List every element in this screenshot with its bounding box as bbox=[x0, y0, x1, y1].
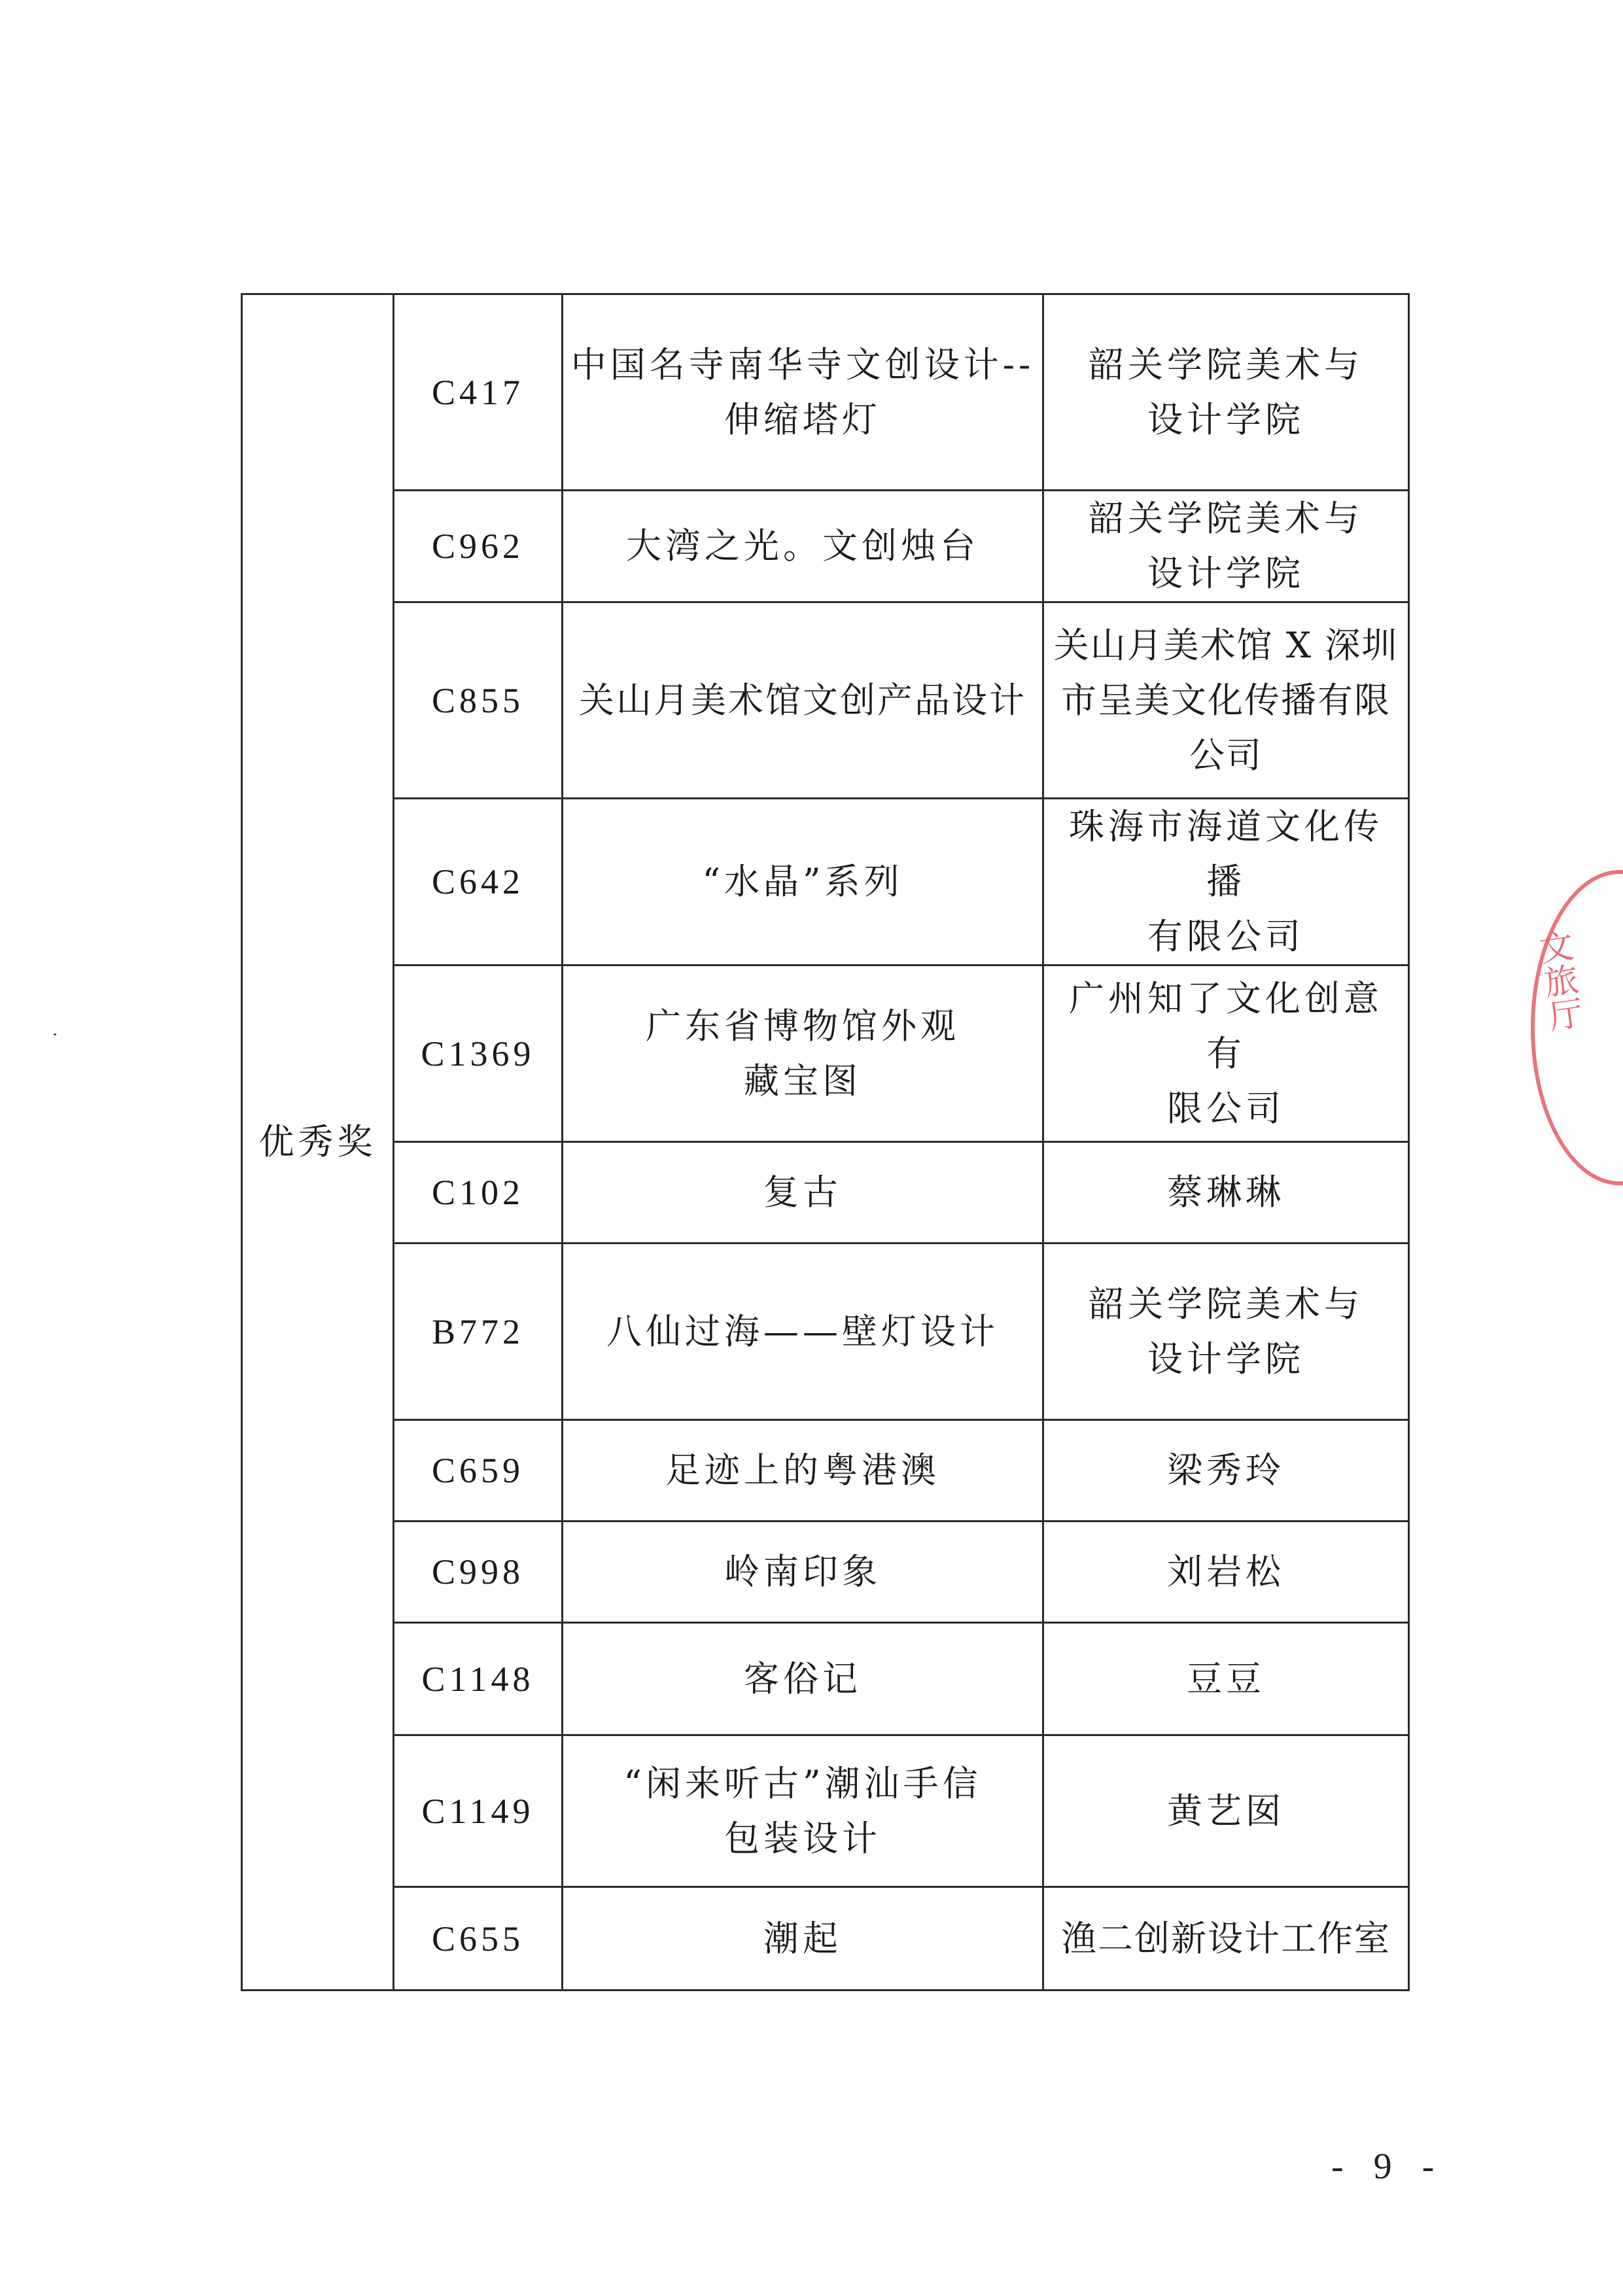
award-category-cell: 优秀奖 bbox=[242, 294, 394, 1991]
entry-code: C102 bbox=[394, 1142, 563, 1244]
org-line: 梁秀玲 bbox=[1051, 1443, 1401, 1498]
table-row: C1149 “闲来听古”潮汕手信 包装设计 黄艺囡 bbox=[242, 1735, 1409, 1887]
entry-code: C1149 bbox=[394, 1735, 563, 1887]
entry-code: C659 bbox=[394, 1420, 563, 1522]
entry-organization: 珠海市海道文化传播 有限公司 bbox=[1043, 799, 1409, 965]
org-line: 有限公司 bbox=[1051, 909, 1401, 964]
entry-title: 关山月美术馆文创产品设计 bbox=[563, 602, 1043, 799]
awards-table: 优秀奖 C417 中国名寺南华寺文创设计-- 伸缩塔灯 韶关学院美术与 设计学院… bbox=[241, 293, 1410, 1991]
title-line: 广东省博物馆外观 bbox=[570, 999, 1036, 1054]
title-line: 足迹上的粤港澳 bbox=[570, 1443, 1036, 1498]
title-line: “水晶”系列 bbox=[570, 854, 1036, 909]
title-line: 八仙过海——壁灯设计 bbox=[570, 1304, 1036, 1359]
org-line: 公司 bbox=[1051, 728, 1401, 783]
entry-code: C998 bbox=[394, 1522, 563, 1623]
entry-organization: 豆豆 bbox=[1043, 1623, 1409, 1735]
page-number: - 9 - bbox=[1331, 2146, 1444, 2187]
entry-organization: 韶关学院美术与 设计学院 bbox=[1043, 491, 1409, 602]
entry-organization: 蔡琳琳 bbox=[1043, 1142, 1409, 1244]
title-line: 岭南印象 bbox=[570, 1544, 1036, 1599]
table-row: C642 “水晶”系列 珠海市海道文化传播 有限公司 bbox=[242, 799, 1409, 965]
org-line: 豆豆 bbox=[1051, 1652, 1401, 1707]
table-row: C1148 客俗记 豆豆 bbox=[242, 1623, 1409, 1735]
table-row: B772 八仙过海——壁灯设计 韶关学院美术与 设计学院 bbox=[242, 1244, 1409, 1420]
org-line: 韶关学院美术与 bbox=[1051, 338, 1401, 392]
table-row: C102 复古 蔡琳琳 bbox=[242, 1142, 1409, 1244]
entry-organization: 刘岩松 bbox=[1043, 1522, 1409, 1623]
entry-title: “闲来听古”潮汕手信 包装设计 bbox=[563, 1735, 1043, 1887]
entry-code: C417 bbox=[394, 294, 563, 491]
entry-code: B772 bbox=[394, 1244, 563, 1420]
entry-organization: 渔二创新设计工作室 bbox=[1043, 1887, 1409, 1991]
document-page: 优秀奖 C417 中国名寺南华寺文创设计-- 伸缩塔灯 韶关学院美术与 设计学院… bbox=[0, 0, 1623, 2296]
title-line: 潮起 bbox=[570, 1911, 1036, 1966]
entry-title: 客俗记 bbox=[563, 1623, 1043, 1735]
org-line: 设计学院 bbox=[1051, 546, 1401, 601]
table-row: C962 大湾之光。文创烛台 韶关学院美术与 设计学院 bbox=[242, 491, 1409, 602]
org-line: 设计学院 bbox=[1051, 392, 1401, 447]
entry-code: C642 bbox=[394, 799, 563, 965]
org-line: 限公司 bbox=[1051, 1081, 1401, 1136]
title-line: 关山月美术馆文创产品设计 bbox=[570, 673, 1036, 728]
org-line: 关山月美术馆 X 深圳 bbox=[1051, 618, 1401, 673]
org-line: 黄艺囡 bbox=[1051, 1784, 1401, 1839]
entry-title: 广东省博物馆外观 藏宝图 bbox=[563, 965, 1043, 1142]
table-row: C1369 广东省博物馆外观 藏宝图 广州知了文化创意有 限公司 bbox=[242, 965, 1409, 1142]
org-line: 市呈美文化传播有限 bbox=[1051, 673, 1401, 728]
title-line: 包装设计 bbox=[570, 1811, 1036, 1866]
entry-code: C855 bbox=[394, 602, 563, 799]
title-line: “闲来听古”潮汕手信 bbox=[570, 1756, 1036, 1811]
entry-code: C1369 bbox=[394, 965, 563, 1142]
entry-title: 复古 bbox=[563, 1142, 1043, 1244]
scan-speck bbox=[54, 1034, 56, 1035]
entry-organization: 韶关学院美术与 设计学院 bbox=[1043, 294, 1409, 491]
table-row: C655 潮起 渔二创新设计工作室 bbox=[242, 1887, 1409, 1991]
org-line: 广州知了文化创意有 bbox=[1051, 971, 1401, 1081]
org-line: 珠海市海道文化传播 bbox=[1051, 799, 1401, 909]
table-row: C998 岭南印象 刘岩松 bbox=[242, 1522, 1409, 1623]
entry-organization: 黄艺囡 bbox=[1043, 1735, 1409, 1887]
org-line: 刘岩松 bbox=[1051, 1544, 1401, 1599]
entry-organization: 梁秀玲 bbox=[1043, 1420, 1409, 1522]
entry-title: 大湾之光。文创烛台 bbox=[563, 491, 1043, 602]
entry-code: C1148 bbox=[394, 1623, 563, 1735]
entry-title: 足迹上的粤港澳 bbox=[563, 1420, 1043, 1522]
title-line: 客俗记 bbox=[570, 1652, 1036, 1707]
entry-title: 岭南印象 bbox=[563, 1522, 1043, 1623]
entry-organization: 广州知了文化创意有 限公司 bbox=[1043, 965, 1409, 1142]
entry-title: 中国名寺南华寺文创设计-- 伸缩塔灯 bbox=[563, 294, 1043, 491]
table-row: C855 关山月美术馆文创产品设计 关山月美术馆 X 深圳 市呈美文化传播有限 … bbox=[242, 602, 1409, 799]
org-line: 韶关学院美术与 bbox=[1051, 1277, 1401, 1332]
title-line: 复古 bbox=[570, 1165, 1036, 1220]
org-line: 设计学院 bbox=[1051, 1332, 1401, 1387]
title-line: 大湾之光。文创烛台 bbox=[570, 519, 1036, 574]
entry-code: C655 bbox=[394, 1887, 563, 1991]
entry-organization: 关山月美术馆 X 深圳 市呈美文化传播有限 公司 bbox=[1043, 602, 1409, 799]
title-line: 藏宝图 bbox=[570, 1054, 1036, 1109]
entry-organization: 韶关学院美术与 设计学院 bbox=[1043, 1244, 1409, 1420]
org-line: 韶关学院美术与 bbox=[1051, 491, 1401, 546]
org-line: 蔡琳琳 bbox=[1051, 1165, 1401, 1220]
table-row: C659 足迹上的粤港澳 梁秀玲 bbox=[242, 1420, 1409, 1522]
entry-title: 潮起 bbox=[563, 1887, 1043, 1991]
org-line: 渔二创新设计工作室 bbox=[1051, 1911, 1401, 1966]
title-line: 中国名寺南华寺文创设计-- bbox=[570, 338, 1036, 392]
entry-title: 八仙过海——壁灯设计 bbox=[563, 1244, 1043, 1420]
table-row: 优秀奖 C417 中国名寺南华寺文创设计-- 伸缩塔灯 韶关学院美术与 设计学院 bbox=[242, 294, 1409, 491]
title-line: 伸缩塔灯 bbox=[570, 392, 1036, 447]
entry-title: “水晶”系列 bbox=[563, 799, 1043, 965]
entry-code: C962 bbox=[394, 491, 563, 602]
